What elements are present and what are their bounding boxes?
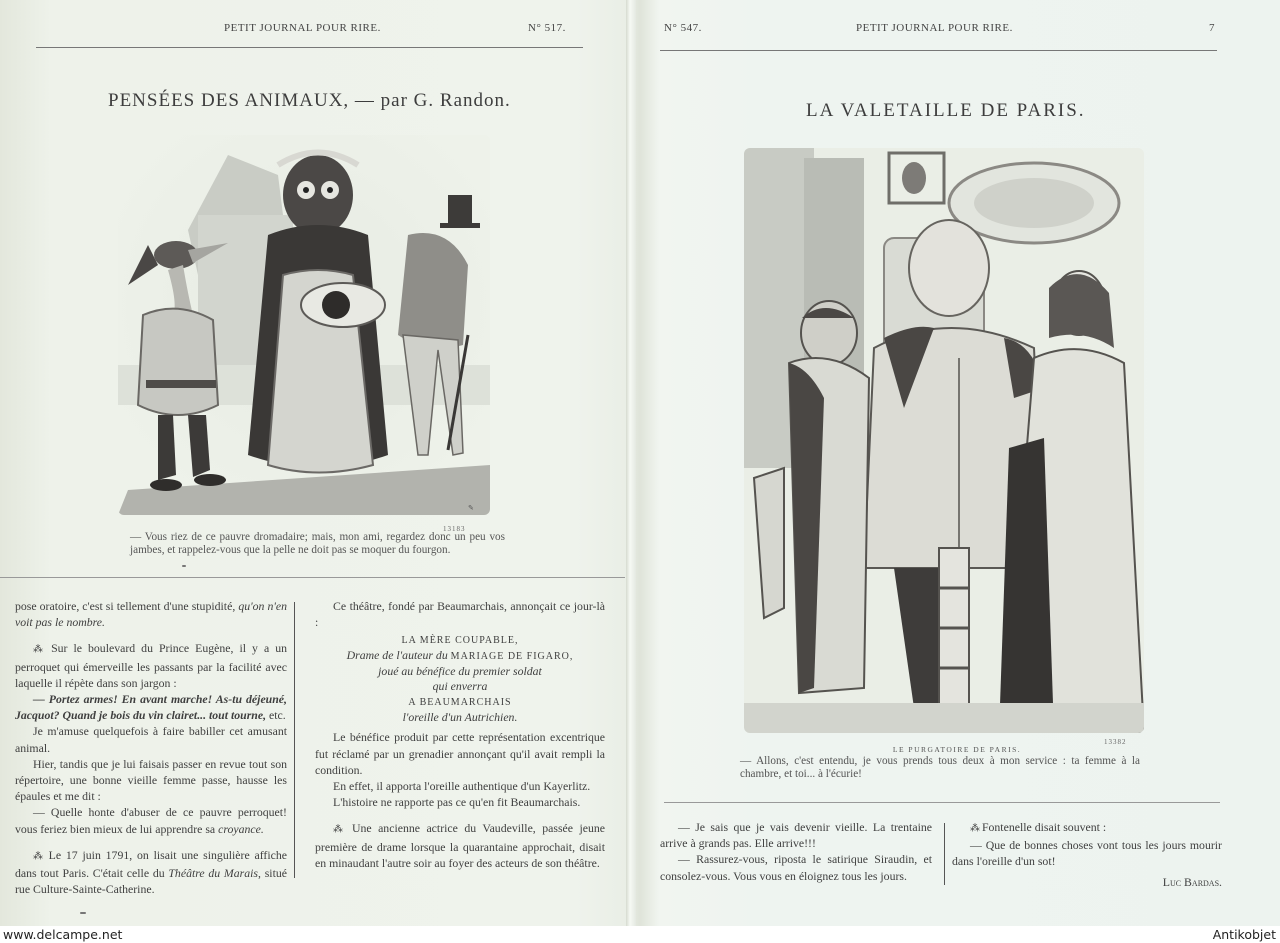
affiche-line-sc: MARIAGE DE FIGARO, xyxy=(451,651,574,662)
text: Sur le boulevard du Prince Eugène, il y … xyxy=(15,641,287,689)
svg-text:✎: ✎ xyxy=(468,504,474,512)
ink-mark xyxy=(182,565,186,567)
header-rule xyxy=(36,47,583,48)
paragraph: — Je sais que je vais devenir vieille. L… xyxy=(660,819,932,851)
affiche-line: Drame de l'auteur du xyxy=(347,648,451,662)
left-running-title: PETIT JOURNAL POUR RIRE. xyxy=(224,22,381,34)
paragraph: ⁂ Le 17 juin 1791, on lisait une singuli… xyxy=(15,847,287,898)
text: — Que de bonnes choses vont tous les jou… xyxy=(952,838,1222,868)
page-number: 7 xyxy=(1209,22,1215,34)
asterism-icon: ⁂ xyxy=(33,644,45,655)
illustration-valets xyxy=(744,148,1144,733)
caption-left: — Vous riez de ce pauvre dromadaire; mai… xyxy=(130,531,505,557)
paragraph: — Que de bonnes choses vont tous les jou… xyxy=(952,837,1222,869)
column-divider xyxy=(944,823,945,885)
paragraph: En effet, il apporta l'oreille authentiq… xyxy=(315,778,605,794)
paragraph: Ce théâtre, fondé par Beaumarchais, anno… xyxy=(315,598,605,630)
illustration-animals: ✎ xyxy=(118,135,490,515)
right-page: N° 547. PETIT JOURNAL POUR RIRE. 7 LA VA… xyxy=(634,0,1280,926)
left-page: PETIT JOURNAL POUR RIRE. N° 517. PENSÉES… xyxy=(0,0,628,926)
text: etc. xyxy=(266,708,286,722)
signature: Luc Bardas. xyxy=(952,874,1222,890)
affiche-line: qui enverra xyxy=(433,679,488,693)
book-spread: PETIT JOURNAL POUR RIRE. N° 517. PENSÉES… xyxy=(0,0,1280,926)
affiche-line: A BEAUMARCHAIS xyxy=(408,697,511,708)
engraving-animals-image: ✎ xyxy=(118,135,490,515)
paragraph: — Portez armes! En avant marche! As-tu d… xyxy=(15,691,287,723)
right-issue-number: N° 547. xyxy=(664,22,702,34)
caption-left-text: — Vous riez de ce pauvre dromadaire; mai… xyxy=(130,531,505,556)
paragraph: — Rassurez-vous, riposta le satirique Si… xyxy=(660,851,932,883)
asterism-icon: ⁂ xyxy=(970,823,979,834)
text: L'histoire ne rapporte pas ce qu'en fit … xyxy=(333,795,580,809)
paragraph: L'histoire ne rapporte pas ce qu'en fit … xyxy=(315,794,605,810)
left-issue-number: N° 517. xyxy=(528,22,566,34)
text: — Je sais que je vais devenir vieille. L… xyxy=(660,820,932,850)
ink-mark xyxy=(80,912,86,914)
text: — Rassurez-vous, riposta le satirique Si… xyxy=(660,852,932,882)
caption-right-text: — Allons, c'est entendu, je vous prends … xyxy=(740,755,1140,780)
text-italic: croyance. xyxy=(218,822,264,836)
affiche-line: l'oreille d'un Autrichien. xyxy=(403,710,518,724)
right-column-1: — Je sais que je vais devenir vieille. L… xyxy=(660,819,932,884)
left-column-1: pose oratoire, c'est si tellement d'une … xyxy=(15,598,287,897)
title-text: LA VALETAILLE DE PARIS. xyxy=(806,100,1086,121)
paragraph: — Quelle honte d'abuser de ce pauvre per… xyxy=(15,804,287,836)
section-rule xyxy=(664,802,1220,803)
asterism-icon: ⁂ xyxy=(333,824,346,835)
section-rule xyxy=(0,577,625,578)
header-rule xyxy=(660,50,1217,51)
paragraph: ⁂ Sur le boulevard du Prince Eugène, il … xyxy=(15,640,287,691)
page-title: LA VALETAILLE DE PARIS. xyxy=(806,100,1086,122)
text-italic: — Portez armes! En avant marche! As-tu d… xyxy=(15,692,287,722)
title-text: PENSÉES DES ANIMAUX, — par G. Randon. xyxy=(108,90,511,111)
column-divider xyxy=(294,602,295,878)
watermark-left: www.delcampe.net xyxy=(3,927,122,942)
left-column-2: Ce théâtre, fondé par Beaumarchais, anno… xyxy=(315,598,605,871)
affiche-line: joué au bénéfice du premier soldat xyxy=(378,664,542,678)
text: En effet, il apporta l'oreille authentiq… xyxy=(333,779,590,793)
text: Hier, tandis que je lui faisais passer e… xyxy=(15,757,287,803)
right-running-title: PETIT JOURNAL POUR RIRE. xyxy=(856,22,1013,34)
paragraph: Le bénéfice produit par cette représenta… xyxy=(315,729,605,778)
text: Le bénéfice produit par cette représenta… xyxy=(315,730,605,776)
paragraph: Hier, tandis que je lui faisais passer e… xyxy=(15,756,287,805)
asterism-icon: ⁂ xyxy=(33,851,44,862)
affiche-line: LA MÈRE COUPABLE, xyxy=(402,635,519,646)
page-title: PENSÉES DES ANIMAUX, — par G. Randon. xyxy=(108,90,511,112)
paragraph: pose oratoire, c'est si tellement d'une … xyxy=(15,598,287,630)
text: Fontenelle disait souvent : xyxy=(982,820,1106,834)
text: Une ancienne actrice du Vaudeville, pass… xyxy=(315,821,605,869)
caption-right: — Allons, c'est entendu, je vous prends … xyxy=(740,755,1140,781)
right-column-2: ⁂ Fontenelle disait souvent : — Que de b… xyxy=(952,819,1222,890)
watermark-right: Antikobjet xyxy=(1213,927,1276,942)
text-italic: Théâtre du Marais xyxy=(168,866,258,880)
paragraph: ⁂ Une ancienne actrice du Vaudeville, pa… xyxy=(315,820,605,871)
engraving-valets-image xyxy=(744,148,1144,733)
text: Ce théâtre, fondé par Beaumarchais, anno… xyxy=(315,599,605,629)
text: pose oratoire, c'est si tellement d'une … xyxy=(15,599,238,613)
affiche-block: LA MÈRE COUPABLE, Drame de l'auteur du M… xyxy=(315,632,605,725)
paragraph: Je m'amuse quelquefois à faire babiller … xyxy=(15,723,287,755)
paragraph: ⁂ Fontenelle disait souvent : xyxy=(952,819,1222,837)
text: Je m'amuse quelquefois à faire babiller … xyxy=(15,724,287,754)
